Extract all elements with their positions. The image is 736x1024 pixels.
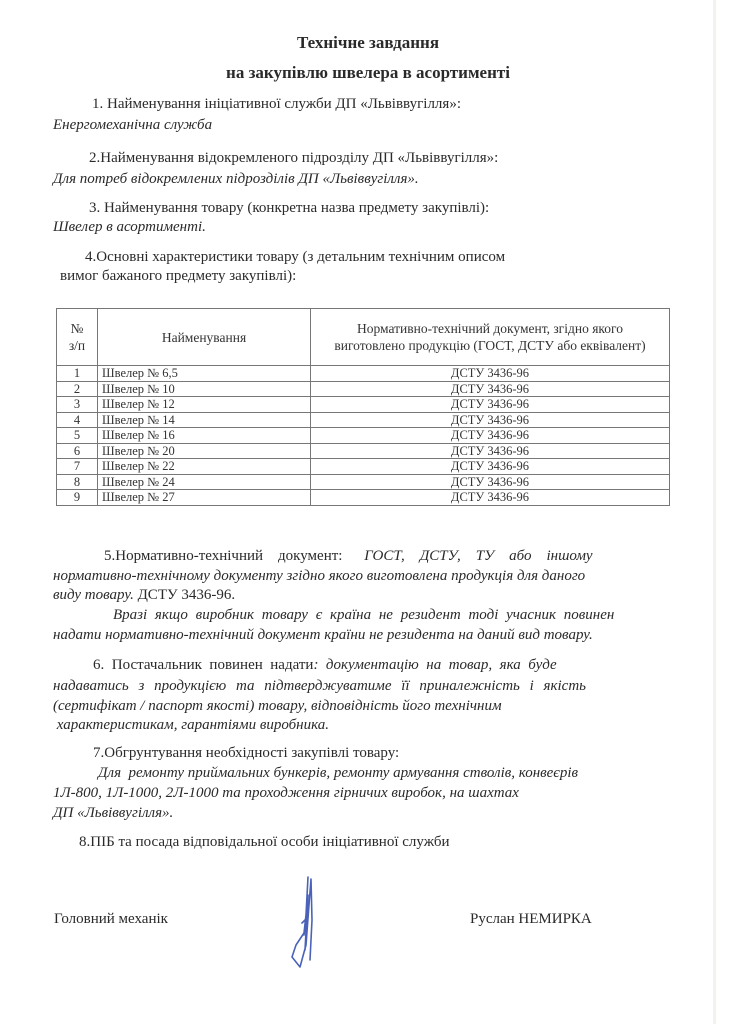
row-product-name: Швелер № 10 xyxy=(98,381,311,397)
header-standard: Нормативно-технічний документ, згідно як… xyxy=(311,309,670,366)
row-number: 1 xyxy=(57,366,98,382)
header-number-sign: № xyxy=(71,321,84,336)
row-product-name: Швелер № 6,5 xyxy=(98,366,311,382)
row-standard: ДСТУ 3436-96 xyxy=(311,490,670,506)
row-standard: ДСТУ 3436-96 xyxy=(311,474,670,490)
handwritten-signature-icon xyxy=(282,875,327,970)
section1-value: Енергомеханічна служба xyxy=(53,117,212,134)
row-number: 7 xyxy=(57,459,98,475)
row-product-name: Швелер № 14 xyxy=(98,412,311,428)
section7-line2: 1Л-800, 1Л-1000, 2Л-1000 та проходження … xyxy=(53,785,519,802)
table-row: 3Швелер № 12ДСТУ 3436-96 xyxy=(57,397,670,413)
row-number: 3 xyxy=(57,397,98,413)
signatory-position: Головний механік xyxy=(54,911,168,928)
section6-line1-italic: : документацію на товар, яка буде xyxy=(313,657,556,673)
section4-heading-line1: 4.Основні характеристики товару (з детал… xyxy=(85,249,505,266)
header-name: Найменування xyxy=(98,309,311,366)
section5-standard: ДСТУ 3436-96. xyxy=(134,587,235,603)
section5-line4: Вразі якщо виробник товару є країна не р… xyxy=(113,607,614,624)
section5-line3: виду товару. ДСТУ 3436-96. xyxy=(53,587,235,604)
document-subtitle: на закупівлю швелера в асортименті xyxy=(0,64,736,81)
table-row: 9Швелер № 27ДСТУ 3436-96 xyxy=(57,490,670,506)
section1-heading: 1. Найменування ініціативної служби ДП «… xyxy=(92,96,461,113)
section5-doc-types: ГОСТ, ДСТУ, ТУ або іншому xyxy=(364,548,592,564)
table-row: 1Швелер № 6,5ДСТУ 3436-96 xyxy=(57,366,670,382)
section4-heading-line2: вимог бажаного предмету закупівлі): xyxy=(60,268,296,285)
section5-line5: надати нормативно-технічний документ кра… xyxy=(53,627,593,644)
signatory-name: Руслан НЕМИРКА xyxy=(470,911,592,928)
row-product-name: Швелер № 27 xyxy=(98,490,311,506)
section6-line3: (сертифікат / паспорт якості) товару, ві… xyxy=(53,698,502,715)
document-title: Технічне завдання xyxy=(0,34,736,51)
table-row: 5Швелер № 16ДСТУ 3436-96 xyxy=(57,428,670,444)
row-standard: ДСТУ 3436-96 xyxy=(311,428,670,444)
row-product-name: Швелер № 16 xyxy=(98,428,311,444)
row-number: 8 xyxy=(57,474,98,490)
section5-line1: 5.Нормативно-технічний документ: ГОСТ, Д… xyxy=(104,548,593,565)
scan-page-edge xyxy=(713,0,716,1024)
section5-line2: нормативно-технічному документу згідно я… xyxy=(53,568,585,585)
table-row: 6Швелер № 20ДСТУ 3436-96 xyxy=(57,443,670,459)
section2-heading: 2.Найменування відокремленого підрозділу… xyxy=(89,150,498,167)
section6-label: 6. Постачальник повинен надати xyxy=(93,657,313,673)
row-standard: ДСТУ 3436-96 xyxy=(311,412,670,428)
section7-line3: ДП «Львіввугілля». xyxy=(53,805,173,822)
section3-heading: 3. Найменування товару (конкретна назва … xyxy=(89,200,489,217)
product-spec-table: № з/п Найменування Нормативно-технічний … xyxy=(56,308,670,506)
table-row: 4Швелер № 14ДСТУ 3436-96 xyxy=(57,412,670,428)
section6-line2: надаватись з продукцією та підтверджуват… xyxy=(53,678,586,695)
section5-line3-italic: виду товару. xyxy=(53,587,134,603)
section8-heading: 8.ПІБ та посада відповідальної особи іні… xyxy=(79,834,450,851)
section2-value: Для потреб відокремлених підрозділів ДП … xyxy=(53,171,419,188)
row-number: 4 xyxy=(57,412,98,428)
header-number-abbr: з/п xyxy=(69,338,85,353)
row-number: 2 xyxy=(57,381,98,397)
section6-line1: 6. Постачальник повинен надати: документ… xyxy=(93,657,557,674)
row-number: 5 xyxy=(57,428,98,444)
row-product-name: Швелер № 12 xyxy=(98,397,311,413)
row-standard: ДСТУ 3436-96 xyxy=(311,381,670,397)
section5-label: 5.Нормативно-технічний документ: xyxy=(104,548,342,564)
row-standard: ДСТУ 3436-96 xyxy=(311,366,670,382)
row-product-name: Швелер № 22 xyxy=(98,459,311,475)
section3-value: Швелер в асортименті. xyxy=(53,219,206,236)
row-number: 6 xyxy=(57,443,98,459)
table-row: 2Швелер № 10ДСТУ 3436-96 xyxy=(57,381,670,397)
table-row: 7Швелер № 22ДСТУ 3436-96 xyxy=(57,459,670,475)
table-header-row: № з/п Найменування Нормативно-технічний … xyxy=(57,309,670,366)
row-number: 9 xyxy=(57,490,98,506)
header-number: № з/п xyxy=(57,309,98,366)
table-row: 8Швелер № 24ДСТУ 3436-96 xyxy=(57,474,670,490)
section7-line1: Для ремонту приймальних бункерів, ремонт… xyxy=(98,765,578,782)
row-standard: ДСТУ 3436-96 xyxy=(311,443,670,459)
section7-heading: 7.Обгрунтування необхідності закупівлі т… xyxy=(93,745,399,762)
row-standard: ДСТУ 3436-96 xyxy=(311,397,670,413)
row-product-name: Швелер № 24 xyxy=(98,474,311,490)
row-standard: ДСТУ 3436-96 xyxy=(311,459,670,475)
section6-line4: характеристикам, гарантіями виробника. xyxy=(53,717,329,734)
row-product-name: Швелер № 20 xyxy=(98,443,311,459)
